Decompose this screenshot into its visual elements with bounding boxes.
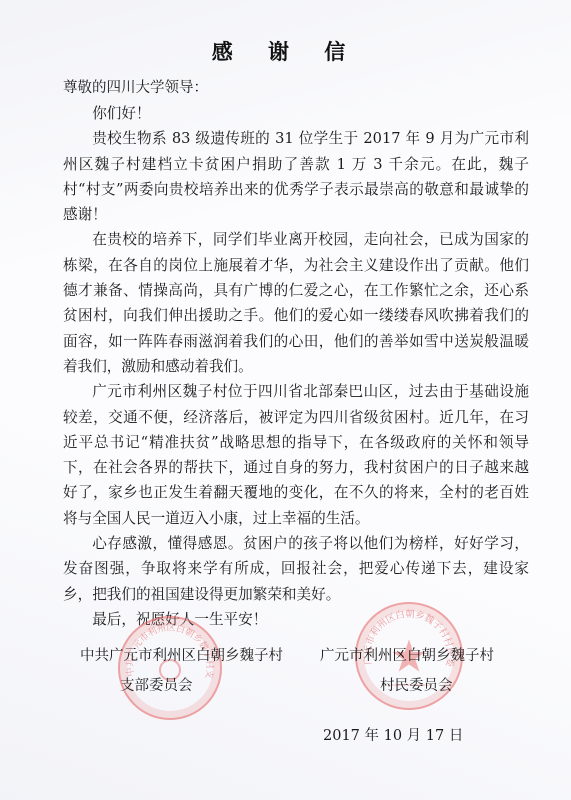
signature-right-line1: 广元市利州区白朝乡魏子村 — [320, 641, 494, 671]
paragraph-donation: 贵校生物系 83 级遗传班的 31 位学生于 2017 年 9 月为广元市利州区… — [63, 126, 529, 227]
scanned-letter-page: 感 谢 信 尊敬的四川大学领导： 你们好！ 贵校生物系 83 级遗传班的 31 … — [0, 0, 571, 800]
letter-title: 感 谢 信 — [0, 36, 571, 66]
letter-body: 你们好！ 贵校生物系 83 级遗传班的 31 位学生于 2017 年 9 月为广… — [63, 101, 529, 632]
signature-left-line2: 支部委员会 — [80, 671, 283, 701]
signature-right-line2: 村民委员会 — [320, 671, 494, 701]
letter-date: 2017 年 10 月 17 日 — [323, 724, 463, 745]
signature-party-branch: 中共广元市利州区白朝乡魏子村 支部委员会 — [80, 641, 283, 701]
greeting: 你们好！ — [63, 101, 529, 126]
paragraph-praise: 在贵校的培养下，同学们毕业离开校园，走向社会，已成为国家的栋梁，在各自的岗位上施… — [63, 227, 529, 379]
signature-villagers-committee: 广元市利州区白朝乡魏子村 村民委员会 — [320, 641, 494, 701]
salutation: 尊敬的四川大学领导： — [63, 76, 208, 97]
signature-left-line1: 中共广元市利州区白朝乡魏子村 — [80, 641, 283, 671]
paragraph-village: 广元市利州区魏子村位于四川省北部秦巴山区，过去由于基础设施较差，交通不便，经济落… — [63, 379, 529, 531]
paragraph-gratitude: 心存感激，懂得感恩。贫困户的孩子将以他们为榜样，好好学习，发奋图强，争取将来学有… — [63, 531, 529, 607]
